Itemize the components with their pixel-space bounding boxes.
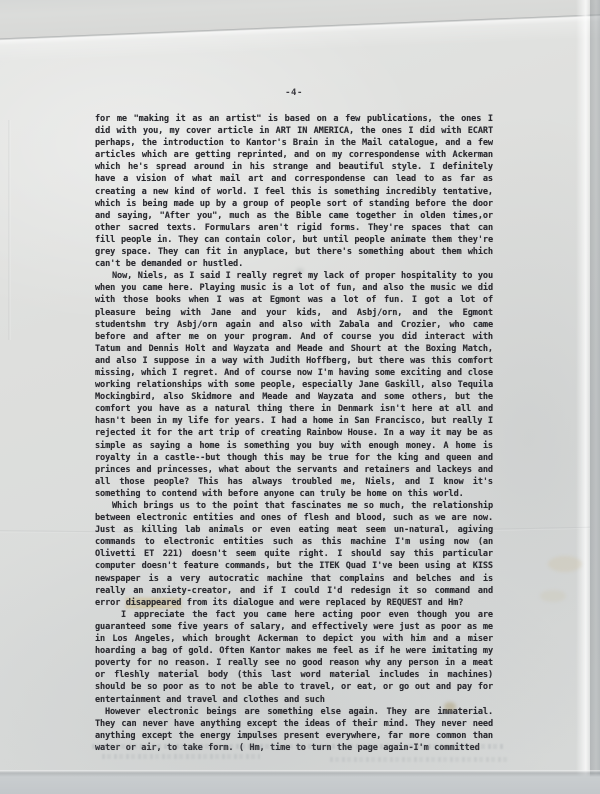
paragraph-4: I appreciate the fact you came here acti… bbox=[95, 609, 493, 706]
paragraph-3: Which brings us to the point that fascin… bbox=[95, 500, 493, 609]
paragraph-2: Now, Niels, as I said I really regret my… bbox=[95, 270, 493, 500]
paragraph-3-text-before: Which brings us to the point that fascin… bbox=[95, 501, 493, 608]
corrected-word-highlight: disappeared bbox=[126, 598, 182, 608]
paragraph-1: for me "making it as an artist" is based… bbox=[95, 113, 493, 270]
paragraph-5: However electronic beings are something … bbox=[95, 706, 493, 754]
paper-right-edge bbox=[576, 0, 590, 794]
paper-right-shadow bbox=[590, 0, 600, 794]
photo-of-typed-letter: -4- for me "making it as an artist" is b… bbox=[0, 0, 600, 794]
page-number: -4- bbox=[95, 88, 493, 98]
letter-page: -4- for me "making it as an artist" is b… bbox=[95, 88, 493, 754]
paragraph-3-text-after: from its dialogue and were replaced by R… bbox=[181, 598, 463, 608]
letter-body: for me "making it as an artist" is based… bbox=[95, 113, 493, 754]
paper-bottom-edge bbox=[0, 770, 600, 794]
